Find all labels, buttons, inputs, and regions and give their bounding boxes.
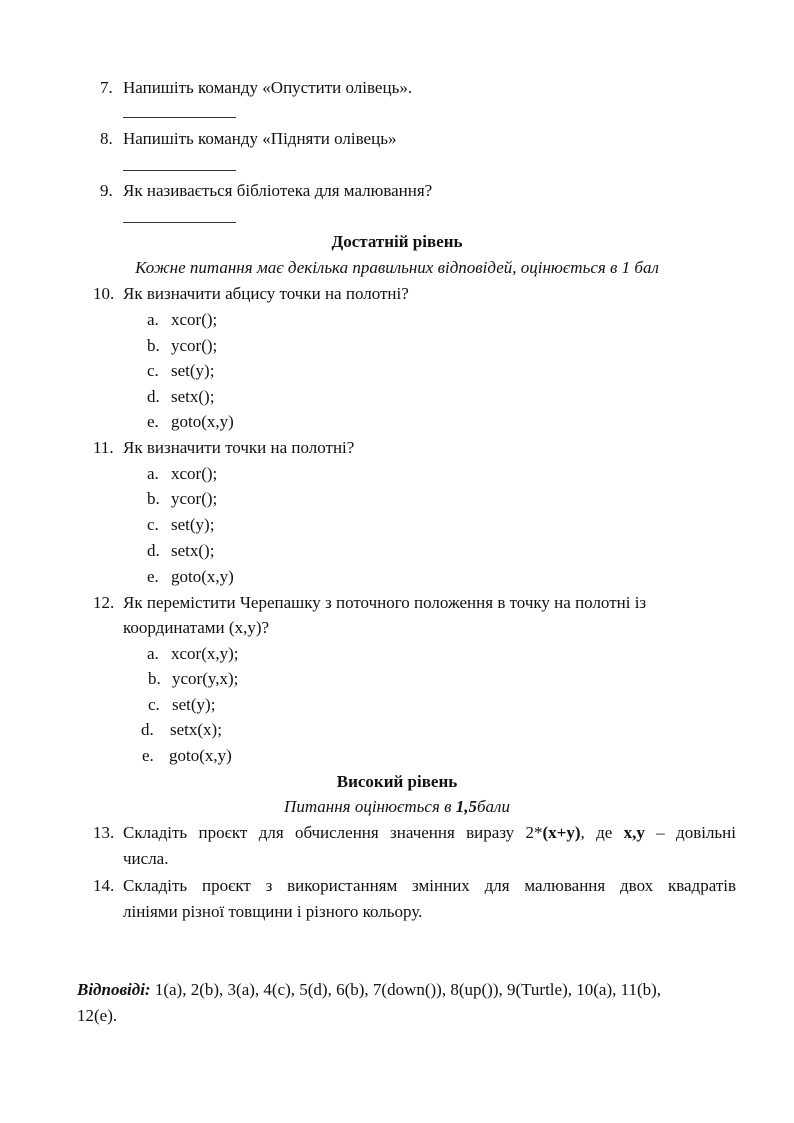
question-number: 9.	[100, 181, 113, 201]
section-subtitle-sufficient: Кожне питання має декілька правильних ві…	[0, 258, 794, 278]
option-d[interactable]: d.setx(x);	[141, 720, 222, 740]
question-text-line1: Складіть проєкт для обчислення значення …	[123, 823, 736, 843]
section-subtitle-high: Питання оцінюється в 1,5бали	[0, 797, 794, 817]
question-number: 8.	[100, 129, 113, 149]
option-b[interactable]: b.ycor();	[147, 336, 217, 356]
answer-blank[interactable]	[123, 117, 236, 119]
question-number: 11.	[93, 438, 114, 458]
option-c[interactable]: c.set(y);	[147, 515, 214, 535]
question-text-line2: координатами (x,y)?	[123, 618, 269, 638]
section-title-high: Високий рівень	[0, 772, 794, 792]
option-e[interactable]: e.goto(x,y)	[147, 567, 234, 587]
question-text: Як визначити точки на полотні?	[123, 438, 354, 458]
question-number: 10.	[93, 284, 114, 304]
option-a[interactable]: a.xcor(x,y);	[147, 644, 239, 664]
option-b[interactable]: b.ycor(y,x);	[148, 669, 238, 689]
option-a[interactable]: a.xcor();	[147, 464, 217, 484]
option-d[interactable]: d.setx();	[147, 541, 214, 561]
question-text-line2: лініями різної товщини і різного кольору…	[123, 902, 422, 922]
question-number: 12.	[93, 593, 114, 613]
question-text-line1: Як перемістити Черепашку з поточного пол…	[123, 593, 646, 613]
answers-line2: 12(e).	[77, 1006, 117, 1026]
option-e[interactable]: e.goto(x,y)	[147, 412, 234, 432]
question-text-line2: числа.	[123, 849, 168, 869]
question-number: 13.	[93, 823, 114, 843]
question-text: Як визначити абцису точки на полотні?	[123, 284, 409, 304]
answer-blank[interactable]	[123, 222, 236, 224]
answers-line1: Відповіді: 1(a), 2(b), 3(a), 4(c), 5(d),…	[77, 980, 661, 1000]
option-c[interactable]: c.set(y);	[147, 361, 214, 381]
question-text: Напишіть команду «Опустити олівець».	[123, 78, 412, 98]
option-b[interactable]: b.ycor();	[147, 489, 217, 509]
section-title-sufficient: Достатній рівень	[0, 232, 794, 252]
option-a[interactable]: a.xcor();	[147, 310, 217, 330]
question-number: 14.	[93, 876, 114, 896]
answer-blank[interactable]	[123, 170, 236, 172]
option-c[interactable]: c.set(y);	[148, 695, 215, 715]
question-text-line1: Складіть проєкт з використанням змінних …	[123, 876, 736, 896]
option-e[interactable]: e.goto(x,y)	[142, 746, 232, 766]
question-text: Напишіть команду «Підняти олівець»	[123, 129, 396, 149]
question-number: 7.	[100, 78, 113, 98]
option-d[interactable]: d.setx();	[147, 387, 214, 407]
answers-label: Відповіді:	[77, 980, 151, 999]
question-text: Як називається бібліотека для малювання?	[123, 181, 432, 201]
